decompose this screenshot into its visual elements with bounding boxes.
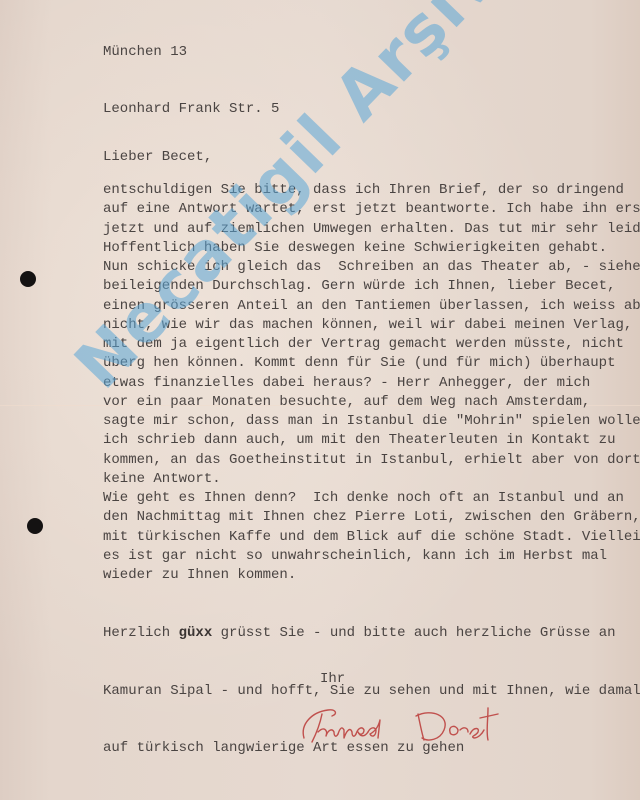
closing-suffix: grüsst Sie - und bitte auch herzliche Gr… <box>212 625 615 641</box>
body-line: kommen, an das Goetheinstitut in Istanbu… <box>103 451 640 470</box>
body-line: sagte mir schon, dass man in Istanbul di… <box>103 412 640 431</box>
struck-out-word: güxx <box>179 625 213 641</box>
address-line-street: Leonhard Frank Str. 5 <box>103 100 279 119</box>
body-line: mit türkischen Kaffe und dem Blick auf d… <box>103 528 640 547</box>
sender-address: München 13 Leonhard Frank Str. 5 <box>103 4 279 139</box>
body-line: beileigenden Durchschlag. Gern würde ich… <box>103 277 640 296</box>
body-line: Hoffentlich haben Sie deswegen keine Sch… <box>103 239 640 258</box>
body-line: einen grösseren Anteil an den Tantiemen … <box>103 297 640 316</box>
body-line: vor ein paar Monaten besuchte, auf dem W… <box>103 393 640 412</box>
salutation: Lieber Becet, <box>103 148 212 167</box>
body-line: entschuldigen Sie bitte, dass ich Ihren … <box>103 181 640 200</box>
body-line: es ist gar nicht so unwahrscheinlich, ka… <box>103 547 640 566</box>
closing-line-1: Herzlich güxx grüsst Sie - und bitte auc… <box>103 624 640 643</box>
valediction: Ihr <box>320 670 345 689</box>
punch-hole-top <box>20 271 36 287</box>
body-line: keine Antwort. <box>103 470 640 489</box>
body-line: Nun schicke ich gleich das Schreiben an … <box>103 258 640 277</box>
body-line: auf eine Antwort wartet, erst jetzt bean… <box>103 200 640 219</box>
body-line: den Nachmittag mit Ihnen chez Pierre Lot… <box>103 508 640 527</box>
body-line: überg hen können. Kommt denn für Sie (un… <box>103 354 640 373</box>
handwritten-signature <box>298 700 518 760</box>
body-line: nicht, wie wir das machen können, weil w… <box>103 316 640 335</box>
letter-body: entschuldigen Sie bitte, dass ich Ihren … <box>103 181 640 585</box>
closing-prefix: Herzlich <box>103 625 179 641</box>
body-line: mit dem ja eigentlich der Vertrag gemach… <box>103 335 640 354</box>
address-line-city: München 13 <box>103 43 279 62</box>
body-line: etwas finanzielles dabei heraus? - Herr … <box>103 374 640 393</box>
body-line: ich schrieb dann auch, um mit den Theate… <box>103 431 640 450</box>
closing-line-2: Kamuran Sipal - und hofft, Sie zu sehen … <box>103 682 640 701</box>
body-line: jetzt und auf ziemlichen Umwegen erhalte… <box>103 220 640 239</box>
body-line: Wie geht es Ihnen denn? Ich denke noch o… <box>103 489 640 508</box>
punch-hole-bottom <box>27 518 43 534</box>
body-line: wieder zu Ihnen kommen. <box>103 566 640 585</box>
